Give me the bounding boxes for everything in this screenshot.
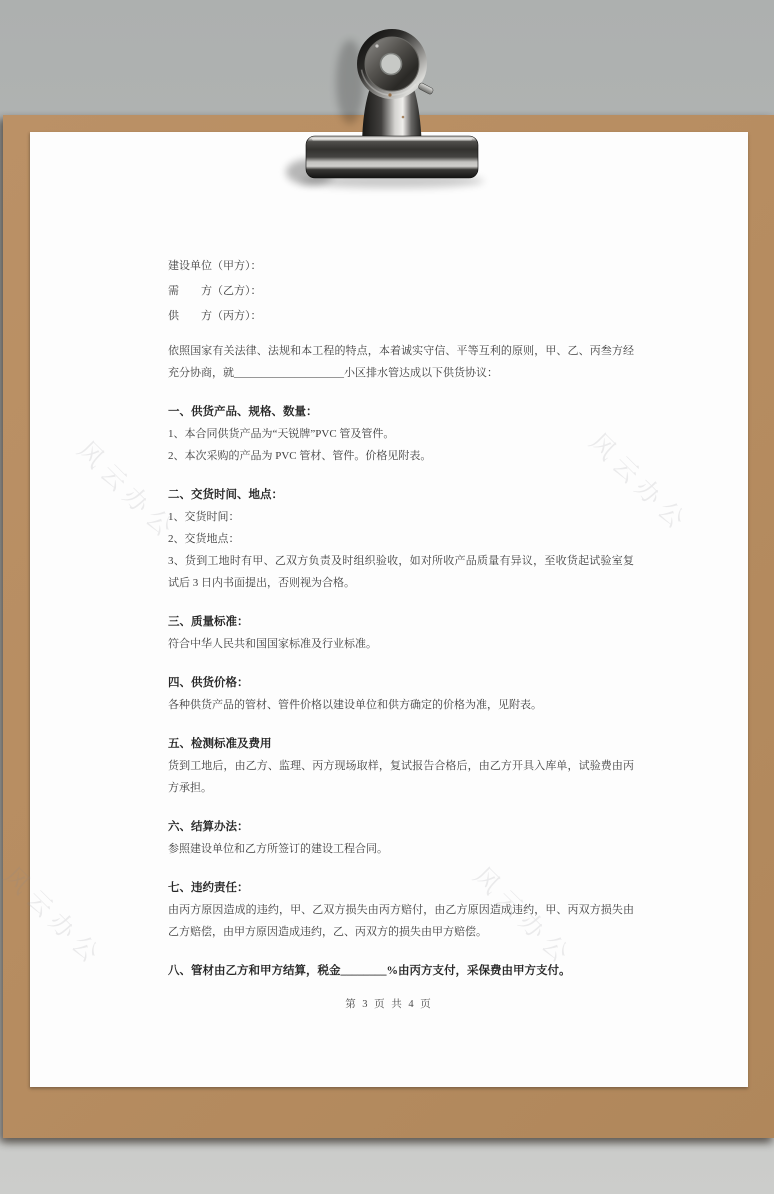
clip-speck xyxy=(375,44,378,47)
party-b-line: 需 方（乙方）： xyxy=(168,279,634,304)
clip-rust-dot xyxy=(402,116,405,119)
section-heading: 五、检测标准及费用 xyxy=(168,733,634,755)
section-6-settlement: 六、结算办法： 参照建设单位和乙方所签订的建设工程合同。 xyxy=(168,816,634,860)
section-heading: 三、质量标准： xyxy=(168,611,634,633)
section-line: 2、本次采购的产品为 PVC 管材、管件。价格见附表。 xyxy=(168,445,634,467)
section-heading: 二、交货时间、地点： xyxy=(168,484,634,506)
clip-lever xyxy=(418,82,434,95)
section-4-price: 四、供货价格： 各种供货产品的管材、管件价格以建设单位和供方确定的价格为准，见附… xyxy=(168,672,634,716)
bulldog-clip-icon xyxy=(260,0,500,200)
section-1-supply-products: 一、供货产品、规格、数量： 1、本合同供货产品为“天锐牌”PVC 管及管件。 2… xyxy=(168,401,634,467)
page-number-footer: 第 3 页 共 4 页 xyxy=(30,996,748,1011)
section-7-breach: 七、违约责任： 由丙方原因造成的违约，甲、乙双方损失由丙方赔付，由乙方原因造成违… xyxy=(168,877,634,943)
section-line: 各种供货产品的管材、管件价格以建设单位和供方确定的价格为准，见附表。 xyxy=(168,694,634,716)
parties-block: 建设单位（甲方）： 需 方（乙方）： 供 方（丙方）： xyxy=(168,254,634,329)
scene-background: 风云办公 风云办公 风云办公 风云办公 建设单位（甲方）： 需 方（乙方）： 供… xyxy=(0,0,774,1194)
party-a-line: 建设单位（甲方）： xyxy=(168,254,634,279)
clip-bar xyxy=(306,136,478,178)
section-5-testing: 五、检测标准及费用 货到工地后，由乙方、监理、丙方现场取样，复试报告合格后，由乙… xyxy=(168,733,634,799)
section-line: 由丙方原因造成的违约，甲、乙双方损失由丙方赔付，由乙方原因造成违约，甲、丙双方损… xyxy=(168,899,634,943)
section-heading: 四、供货价格： xyxy=(168,672,634,694)
clip-rust-dot xyxy=(388,93,391,96)
section-line: 货到工地后，由乙方、监理、丙方现场取样，复试报告合格后，由乙方开具入库单，试验费… xyxy=(168,755,634,799)
section-line: 1、本合同供货产品为“天锐牌”PVC 管及管件。 xyxy=(168,423,634,445)
section-2-delivery: 二、交货时间、地点： 1、交货时间： 2、交货地点： 3、货到工地时有甲、乙双方… xyxy=(168,484,634,594)
section-heading: 八、管材由乙方和甲方结算，税金________%由丙方支付，采保费由甲方支付。 xyxy=(168,960,634,982)
section-line: 2、交货地点： xyxy=(168,528,634,550)
section-8-tax: 八、管材由乙方和甲方结算，税金________%由丙方支付，采保费由甲方支付。 xyxy=(168,960,634,982)
contract-document: 建设单位（甲方）： 需 方（乙方）： 供 方（丙方）： 依照国家有关法律、法规和… xyxy=(168,254,634,982)
section-line: 1、交货时间： xyxy=(168,506,634,528)
section-heading: 六、结算办法： xyxy=(168,816,634,838)
section-line: 3、货到工地时有甲、乙双方负责及时组织验收，如对所收产品质量有异议，至收货起试验… xyxy=(168,550,634,594)
section-heading: 七、违约责任： xyxy=(168,877,634,899)
clip-bar-highlight xyxy=(312,138,472,141)
party-c-line: 供 方（丙方）： xyxy=(168,304,634,329)
section-heading: 一、供货产品、规格、数量： xyxy=(168,401,634,423)
section-line: 符合中华人民共和国国家标准及行业标准。 xyxy=(168,633,634,655)
section-line: 参照建设单位和乙方所签订的建设工程合同。 xyxy=(168,838,634,860)
preamble-paragraph: 依照国家有关法律、法规和本工程的特点，本着诚实守信、平等互利的原则，甲、乙、丙叁… xyxy=(168,340,634,384)
section-3-quality: 三、质量标准： 符合中华人民共和国国家标准及行业标准。 xyxy=(168,611,634,655)
